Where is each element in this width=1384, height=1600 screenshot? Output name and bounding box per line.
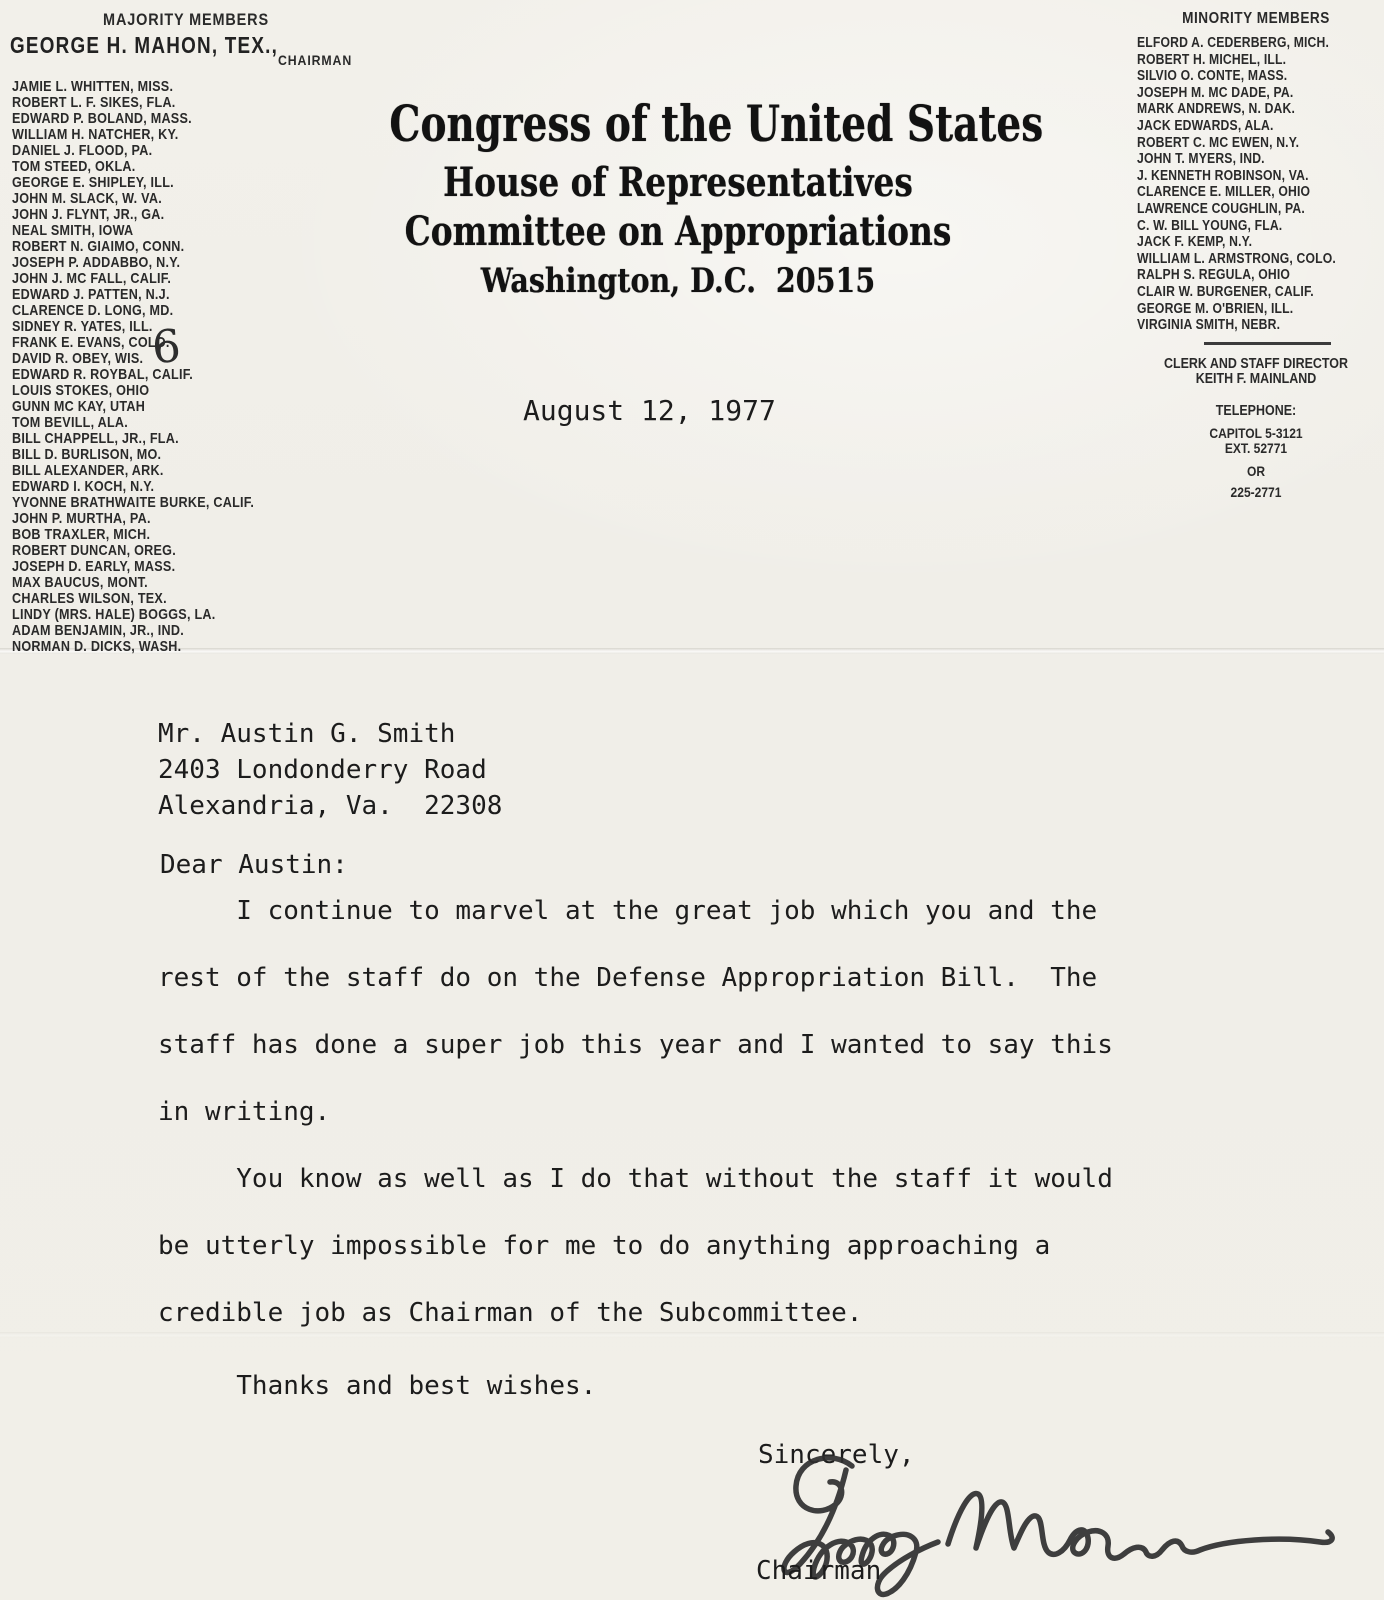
majority-member-name: JOHN M. SLACK, W. VA. bbox=[12, 191, 306, 207]
letter-closing-sentence: Thanks and best wishes. bbox=[158, 1353, 1238, 1420]
letter-body: I continue to marvel at the great job wh… bbox=[158, 878, 1238, 1420]
minority-members-title: MINORITY MEMBERS bbox=[1149, 10, 1363, 28]
minority-member-name: ROBERT H. MICHEL, ILL. bbox=[1137, 52, 1343, 69]
majority-member-name: JOHN P. MURTHA, PA. bbox=[12, 511, 306, 527]
minority-member-name: C. W. BILL YOUNG, FLA. bbox=[1137, 218, 1343, 235]
telephone-extension: EXT. 52771 bbox=[1148, 441, 1365, 456]
majority-member-name: WILLIAM H. NATCHER, KY. bbox=[12, 127, 306, 143]
majority-member-name: CHARLES WILSON, TEX. bbox=[12, 591, 306, 607]
majority-member-name: ROBERT L. F. SIKES, FLA. bbox=[12, 95, 306, 111]
majority-member-name: BILL ALEXANDER, ARK. bbox=[12, 463, 306, 479]
majority-member-name: BOB TRAXLER, MICH. bbox=[12, 527, 306, 543]
minority-member-name: SILVIO O. CONTE, MASS. bbox=[1137, 68, 1343, 85]
masthead-committee-line: Committee on Appropriations bbox=[375, 208, 982, 255]
letterhead-masthead: Congress of the United States House of R… bbox=[308, 0, 1048, 330]
majority-member-name: GUNN MC KAY, UTAH bbox=[12, 399, 306, 415]
minority-member-name: CLARENCE E. MILLER, OHIO bbox=[1137, 184, 1343, 201]
majority-member-name: EDWARD I. KOCH, N.Y. bbox=[12, 479, 306, 495]
salutation: Dear Austin: bbox=[160, 850, 348, 880]
recipient-address-line: 2403 Londonderry Road bbox=[158, 752, 502, 788]
recipient-address-line: Alexandria, Va. 22308 bbox=[158, 788, 502, 824]
minority-member-name: JOHN T. MYERS, IND. bbox=[1137, 151, 1343, 168]
minority-member-name: VIRGINIA SMITH, NEBR. bbox=[1137, 317, 1343, 334]
majority-member-name: TOM BEVILL, ALA. bbox=[12, 415, 306, 431]
minority-member-name: WILLIAM L. ARMSTRONG, COLO. bbox=[1137, 251, 1343, 268]
minority-member-name: J. KENNETH ROBINSON, VA. bbox=[1137, 168, 1343, 185]
majority-member-name: NEAL SMITH, IOWA bbox=[12, 223, 306, 239]
majority-member-name: BILL CHAPPELL, JR., FLA. bbox=[12, 431, 306, 447]
minority-member-name: ROBERT C. MC EWEN, N.Y. bbox=[1137, 135, 1343, 152]
minority-member-name: JOSEPH M. MC DADE, PA. bbox=[1137, 85, 1343, 102]
majority-member-name: BILL D. BURLISON, MO. bbox=[12, 447, 306, 463]
majority-member-name: LINDY (MRS. HALE) BOGGS, LA. bbox=[12, 607, 306, 623]
telephone-direct: 225-2771 bbox=[1148, 485, 1365, 500]
signature-title: Chairman bbox=[756, 1556, 881, 1586]
minority-member-name: CLAIR W. BURGENER, CALIF. bbox=[1137, 284, 1343, 301]
recipient-address-line: Mr. Austin G. Smith bbox=[158, 716, 502, 752]
majority-member-name: JOSEPH D. EARLY, MASS. bbox=[12, 559, 306, 575]
majority-member-name: JOHN J. MC FALL, CALIF. bbox=[12, 271, 306, 287]
telephone-capitol: CAPITOL 5-3121 bbox=[1148, 426, 1365, 441]
majority-member-name: JAMIE L. WHITTEN, MISS. bbox=[12, 79, 306, 95]
majority-member-name: EDWARD P. BOLAND, MASS. bbox=[12, 111, 306, 127]
minority-member-name: RALPH S. REGULA, OHIO bbox=[1137, 267, 1343, 284]
minority-separator-rule bbox=[1204, 342, 1331, 345]
telephone-or: OR bbox=[1148, 464, 1365, 479]
minority-member-name: JACK EDWARDS, ALA. bbox=[1137, 118, 1343, 135]
majority-member-name: LOUIS STOKES, OHIO bbox=[12, 383, 306, 399]
letter-body-paragraphs: I continue to marvel at the great job wh… bbox=[158, 878, 1238, 1347]
majority-members-title: MAJORITY MEMBERS bbox=[36, 10, 335, 30]
scanned-letter-page: MAJORITY MEMBERS GEORGE H. MAHON, TEX., … bbox=[0, 0, 1384, 1600]
handwritten-annotation-6: 6 bbox=[150, 319, 182, 374]
masthead-address-line: Washington, D.C. 20515 bbox=[367, 261, 989, 301]
minority-member-list: ELFORD A. CEDERBERG, MICH.ROBERT H. MICH… bbox=[1137, 35, 1382, 334]
minority-members-column: MINORITY MEMBERS ELFORD A. CEDERBERG, MI… bbox=[1130, 10, 1382, 500]
minority-member-name: GEORGE M. O'BRIEN, ILL. bbox=[1137, 301, 1343, 318]
masthead-house-line: House of Representatives bbox=[375, 159, 982, 206]
clerk-title: CLERK AND STAFF DIRECTOR bbox=[1148, 357, 1365, 372]
majority-member-name: YVONNE BRATHWAITE BURKE, CALIF. bbox=[12, 495, 306, 511]
clerk-name: KEITH F. MAINLAND bbox=[1148, 372, 1365, 387]
majority-member-name: GEORGE E. SHIPLEY, ILL. bbox=[12, 175, 306, 191]
majority-member-name: CLARENCE D. LONG, MD. bbox=[12, 303, 306, 319]
minority-member-name: LAWRENCE COUGHLIN, PA. bbox=[1137, 201, 1343, 218]
recipient-address-block: Mr. Austin G. Smith2403 Londonderry Road… bbox=[158, 716, 502, 824]
chairman-name: GEORGE H. MAHON, TEX., bbox=[10, 32, 299, 59]
telephone-label: TELEPHONE: bbox=[1148, 404, 1365, 419]
date-line: August 12, 1977 bbox=[523, 394, 776, 427]
masthead-congress-line: Congress of the United States bbox=[389, 94, 966, 153]
majority-member-name: EDWARD J. PATTEN, N.J. bbox=[12, 287, 306, 303]
minority-member-name: ELFORD A. CEDERBERG, MICH. bbox=[1137, 35, 1343, 52]
majority-member-name: MAX BAUCUS, MONT. bbox=[12, 575, 306, 591]
majority-member-name: ROBERT DUNCAN, OREG. bbox=[12, 543, 306, 559]
minority-member-name: MARK ANDREWS, N. DAK. bbox=[1137, 101, 1343, 118]
majority-member-name: ROBERT N. GIAIMO, CONN. bbox=[12, 239, 306, 255]
majority-member-name: JOSEPH P. ADDABBO, N.Y. bbox=[12, 255, 306, 271]
majority-member-name: DANIEL J. FLOOD, PA. bbox=[12, 143, 306, 159]
majority-member-name: TOM STEED, OKLA. bbox=[12, 159, 306, 175]
majority-member-name: JOHN J. FLYNT, JR., GA. bbox=[12, 207, 306, 223]
minority-member-name: JACK F. KEMP, N.Y. bbox=[1137, 234, 1343, 251]
clerk-block: CLERK AND STAFF DIRECTOR KEITH F. MAINLA… bbox=[1130, 357, 1382, 500]
majority-member-name: NORMAN D. DICKS, WASH. bbox=[12, 639, 306, 655]
majority-member-name: ADAM BENJAMIN, JR., IND. bbox=[12, 623, 306, 639]
